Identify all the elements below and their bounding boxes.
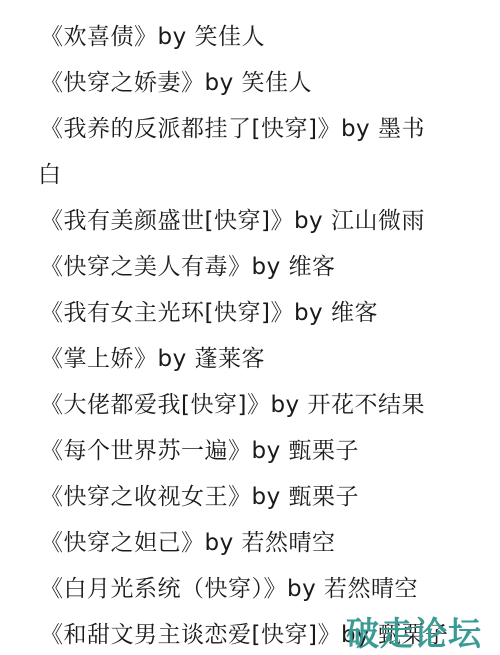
book-entry: 《快穿之美人有毒》by 维客 xyxy=(40,244,490,290)
book-entry: 《我有女主光环[快穿]》by 维客 xyxy=(40,290,490,336)
book-entry: 《我有美颜盛世[快穿]》by 江山微雨 xyxy=(40,198,490,244)
book-entry: 《快穿之收视女王》by 甄栗子 xyxy=(40,474,490,520)
book-entry: 《欢喜债》by 笑佳人 xyxy=(40,14,490,60)
book-entry: 《白月光系统（快穿）》by 若然晴空 xyxy=(40,566,490,612)
book-list: 《欢喜债》by 笑佳人 《快穿之娇妻》by 笑佳人 《我养的反派都挂了[快穿]》… xyxy=(40,14,490,655)
book-entry: 《掌上娇》by 蓬莱客 xyxy=(40,336,490,382)
book-entry: 《快穿之妲己》by 若然晴空 xyxy=(40,520,490,566)
book-entry-continuation: 白 xyxy=(38,152,490,198)
book-entry: 《快穿之娇妻》by 笑佳人 xyxy=(40,60,490,106)
book-entry: 《大佬都爱我[快穿]》by 开花不结果 xyxy=(40,382,490,428)
book-entry: 《我养的反派都挂了[快穿]》by 墨书 xyxy=(40,106,490,152)
watermark: 破走论坛 xyxy=(346,614,482,654)
book-entry: 《每个世界苏一遍》by 甄栗子 xyxy=(40,428,490,474)
